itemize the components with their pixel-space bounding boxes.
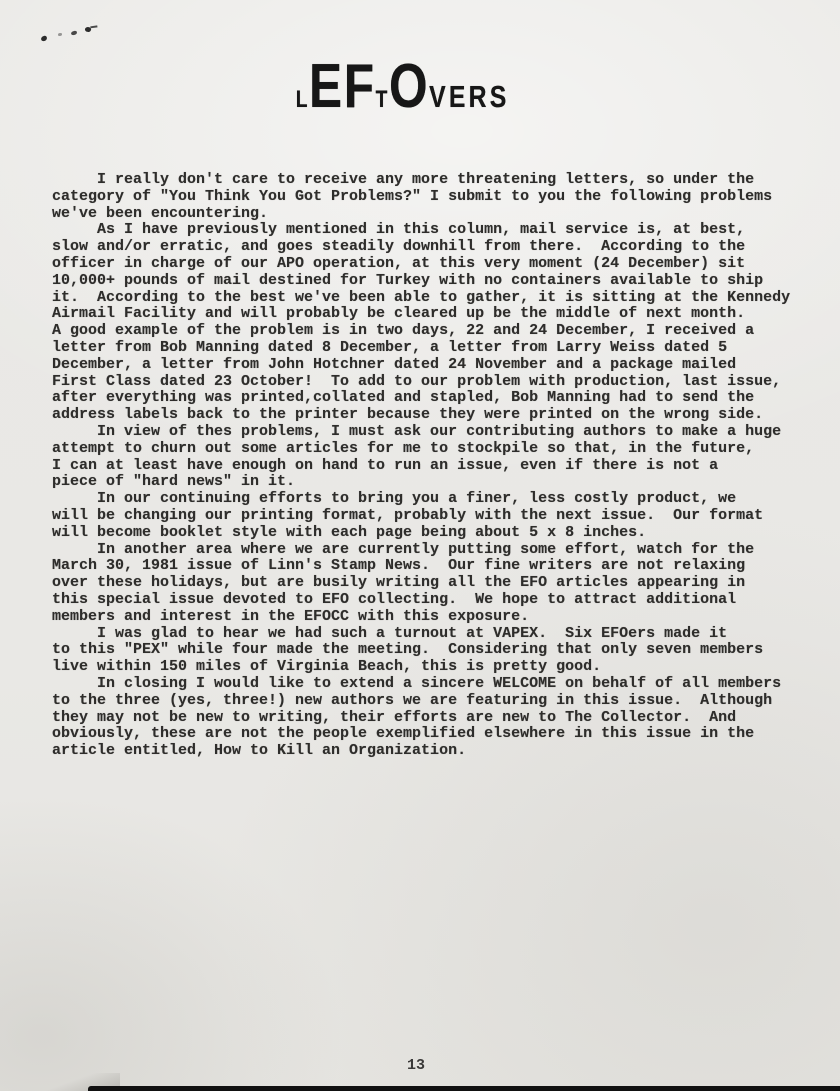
title-letter-t: T [376, 88, 389, 112]
ink-mark [84, 26, 91, 33]
title-letter-o: O [389, 56, 429, 118]
scanned-page: L EF T O VERS I really don't care to rec… [0, 0, 840, 1091]
paragraph: I was glad to hear we had such a turnout… [52, 626, 812, 760]
ink-mark [58, 33, 62, 36]
ink-mark [71, 31, 78, 36]
paragraph: In another area where we are currently p… [52, 542, 812, 626]
ink-mark [40, 35, 47, 41]
paragraph: As I have previously mentioned in this c… [52, 222, 812, 424]
title-letters-ef: EF [309, 56, 376, 118]
paragraph: In our continuing efforts to bring you a… [52, 491, 812, 541]
article-title: L EF T O VERS [0, 56, 840, 118]
paragraph: In view of thes problems, I must ask our… [52, 424, 812, 491]
title-letter-l: L [296, 88, 309, 112]
scan-edge-bar [88, 1086, 840, 1091]
title-letters-vers: VERS [430, 81, 510, 112]
paragraph: I really don't care to receive any more … [52, 172, 812, 222]
body-text: I really don't care to receive any more … [52, 172, 812, 760]
title-leftovers: L EF T O VERS [296, 56, 510, 118]
page-number: 13 [0, 1057, 836, 1074]
